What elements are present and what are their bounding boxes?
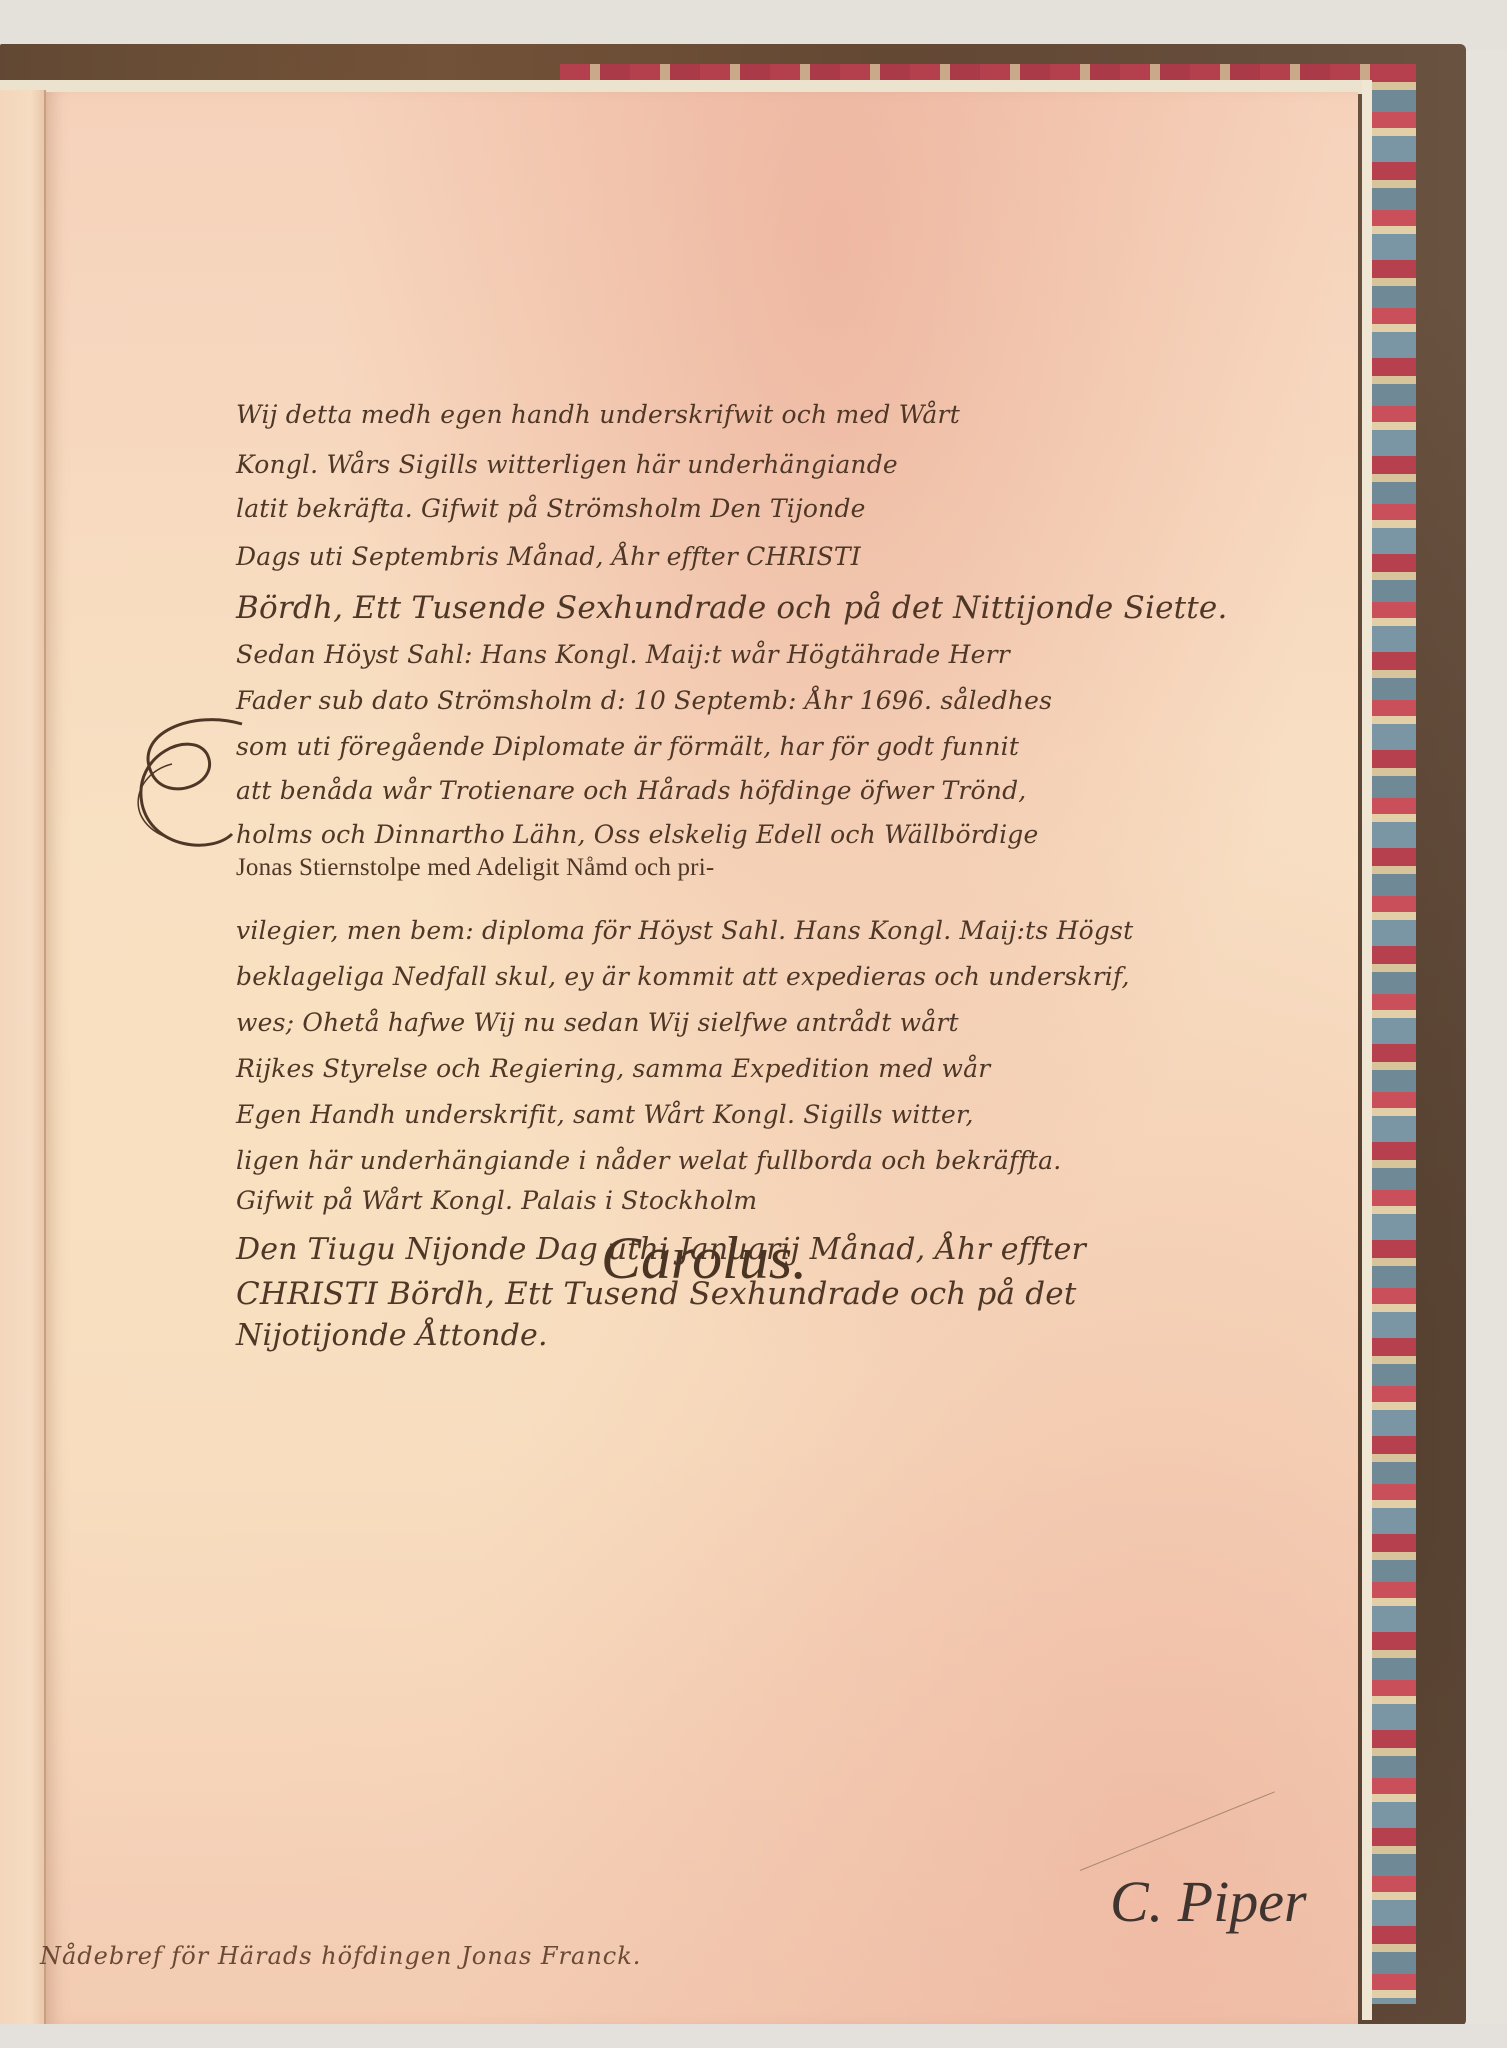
- text-line: latit bekräfta. Gifwit på Strömsholm Den…: [236, 494, 866, 523]
- text-line: Dags uti Septembris Månad, Åhr effter CH…: [236, 542, 861, 571]
- text-line: Fader sub dato Strömsholm d: 10 Septemb:…: [236, 686, 1052, 715]
- royal-signature: Carolus.: [601, 1224, 807, 1293]
- text-line: Nijotijonde Åttonde.: [236, 1318, 548, 1353]
- backdrop-bottom: [0, 2024, 1507, 2048]
- text-line: att benåda wår Trotienare och Hårads höf…: [236, 776, 1026, 805]
- text-line: Bördh, Ett Tusende Sexhundrade och på de…: [236, 590, 1228, 626]
- text-line: Rijkes Styrelse och Regiering, samma Exp…: [236, 1054, 990, 1083]
- text-line: Egen Handh underskrifit, samt Wårt Kongl…: [236, 1100, 974, 1129]
- text-line: holms och Dinnartho Lähn, Oss elskelig E…: [236, 820, 1039, 849]
- left-facing-page: [0, 90, 46, 2025]
- text-line: ligen här underhängiande i nåder welat f…: [236, 1146, 1061, 1175]
- marbled-endpaper-right: [1370, 64, 1416, 2004]
- countersignature: C. Piper: [1110, 1868, 1307, 1935]
- name-line-jonas-stiernstolpe: Jonas Stiernstolpe med Adeligit Nåmd och…: [236, 854, 714, 882]
- manuscript-page: Wij detta medh egen handh underskrifwit …: [46, 92, 1358, 2024]
- footer-note: Nådebref för Härads höfdingen Jonas Fran…: [40, 1942, 641, 1970]
- text-line: wes; Ohetå hafwe Wij nu sedan Wij sielfw…: [236, 1008, 959, 1037]
- text-line: beklageliga Nedfall skul, ey är kommit a…: [236, 962, 1130, 991]
- text-line: Sedan Höyst Sahl: Hans Kongl. Maij:t wår…: [236, 640, 1010, 669]
- backdrop: [0, 0, 1507, 50]
- page-stack-edge-right: [1362, 80, 1372, 2020]
- text-line: Kongl. Wårs Sigills witterligen här unde…: [236, 450, 898, 479]
- text-line: Wij detta medh egen handh underskrifwit …: [236, 400, 960, 429]
- text-line: vilegier, men bem: diploma för Höyst Sah…: [236, 916, 1133, 945]
- text-line: Gifwit på Wårt Kongl. Palais i Stockholm: [236, 1186, 757, 1215]
- text-line: som uti föregående Diplomate är förmält,…: [236, 732, 1019, 761]
